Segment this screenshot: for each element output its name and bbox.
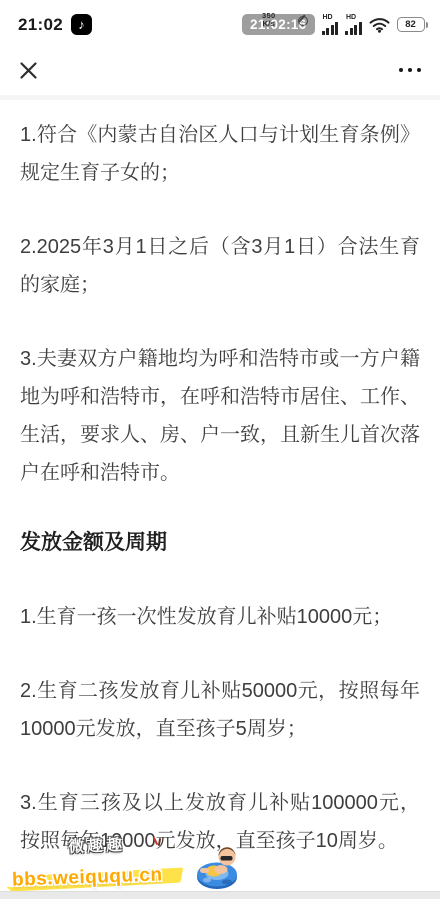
- close-icon: [18, 60, 39, 81]
- wifi-icon: [369, 17, 390, 33]
- more-options-button[interactable]: [397, 62, 424, 79]
- site-watermark: 微趣趣 bbs.weiququ.cn: [10, 833, 240, 891]
- condition-paragraph-1: 1.符合《内蒙古自治区人口与计划生育条例》规定生育子女的；: [20, 116, 420, 192]
- sim1-hd-volte-label: HD: [323, 14, 333, 21]
- article-body: 1.符合《内蒙古自治区人口与计划生育条例》规定生育子女的； 2.2025年3月1…: [0, 100, 440, 860]
- battery-icon: 82: [397, 17, 429, 32]
- section-heading: 发放金额及周期: [20, 528, 420, 558]
- condition-paragraph-3: 3.夫妻双方户籍地均为呼和浩特市或一方户籍地为呼和浩特市，在呼和浩特市居住、工作…: [20, 340, 420, 492]
- mobile-data-icon: [298, 16, 308, 26]
- music-note-icon: ♪: [78, 17, 85, 32]
- sim2-signal-icon: HD: [345, 14, 362, 35]
- sparkle-accent-icon: [150, 835, 164, 849]
- condition-paragraph-2: 2.2025年3月1日之后（含3月1日）合法生育的家庭；: [20, 228, 420, 304]
- article-toolbar: [0, 45, 440, 95]
- battery-nub: [426, 22, 429, 28]
- amount-paragraph-2: 2.生育二孩发放育儿补贴50000元，按照每年10000元发放，直至孩子5周岁；: [20, 672, 420, 748]
- screen-recorder-timestamp: 21:02:16 350 K/s: [242, 14, 314, 35]
- douyin-app-icon: ♪: [71, 14, 92, 35]
- next-section-edge: [0, 891, 440, 899]
- network-speed-unit: K/s: [262, 20, 275, 28]
- status-bar: 21:02 ♪ 21:02:16 350 K/s HD HD: [0, 0, 440, 45]
- more-options-icon: [399, 68, 404, 73]
- sim1-signal-icon: HD: [322, 14, 339, 35]
- sim2-signal-bars-icon: [345, 22, 362, 35]
- baby-swim-ring-sticker: [194, 841, 240, 891]
- sim2-hd-volte-label: HD: [346, 14, 356, 21]
- clock-time: 21:02: [18, 15, 63, 35]
- watermark-site-name: 微趣趣: [68, 832, 126, 857]
- battery-percent: 82: [397, 17, 425, 32]
- status-bar-left: 21:02 ♪: [18, 14, 92, 35]
- amount-paragraph-1: 1.生育一孩一次性发放育儿补贴10000元；: [20, 598, 420, 636]
- sim1-signal-bars-icon: [322, 22, 339, 35]
- phone-screen: 21:02 ♪ 21:02:16 350 K/s HD HD: [0, 0, 440, 899]
- watermark-site-url: bbs.weiququ.cn: [12, 864, 163, 891]
- close-button[interactable]: [17, 59, 39, 81]
- network-speed-indicator: 350 K/s: [262, 12, 275, 27]
- status-bar-right: 21:02:16 350 K/s HD HD: [242, 14, 428, 35]
